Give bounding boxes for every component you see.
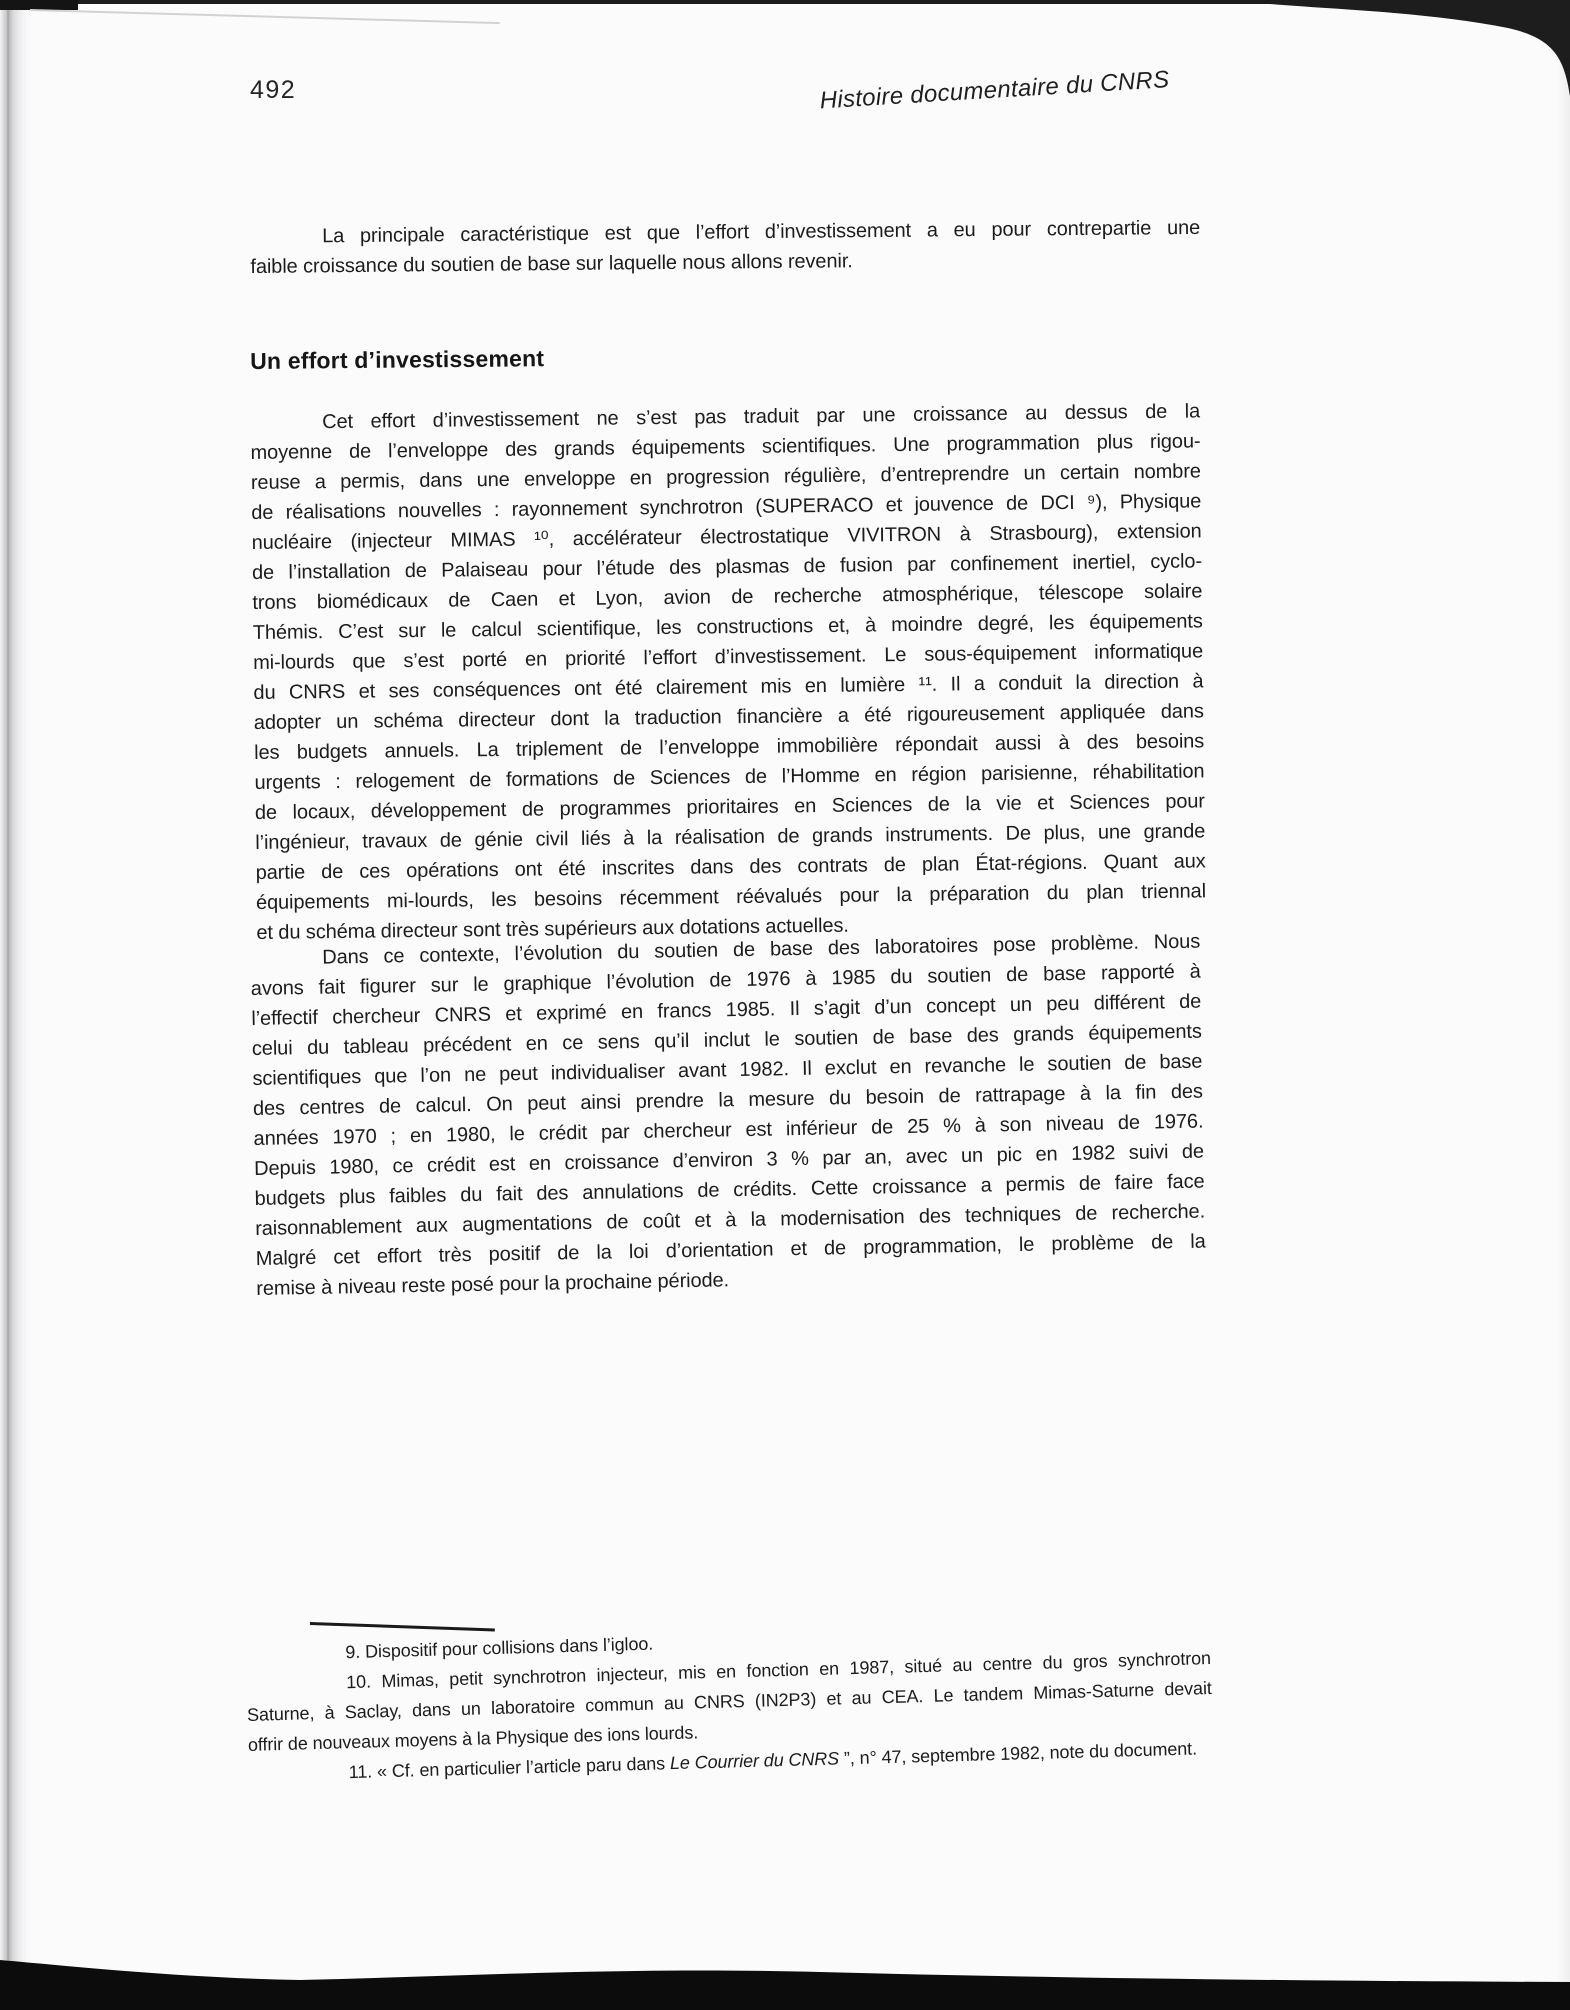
scan-edge-left-line — [7, 0, 9, 2010]
footnotes-block: 9. Dispositif pour collisions dans l’igl… — [245, 1613, 1214, 1790]
intro-paragraph: La principale caractéristique est que l’… — [250, 213, 1201, 282]
page-number: 492 — [250, 76, 296, 105]
scan-edge-right — [1556, 0, 1570, 2010]
investment-paragraph: Cet effort d’investissement ne s’est pas… — [250, 396, 1207, 948]
context-paragraph: Dans ce contexte, l’évolution du soutien… — [250, 927, 1206, 1304]
footnote-11-italic-title: Le Courrier du CNRS — [670, 1748, 840, 1773]
scan-page-edge-shadow — [30, 9, 500, 24]
footnote-11-prefix: 11. « Cf. en particulier l’article paru … — [348, 1753, 670, 1782]
footnote-11-suffix: ”, n° 47, septembre 1982, note du docume… — [839, 1738, 1197, 1768]
footnote-rule — [310, 1622, 495, 1631]
scan-shadow-bottom — [0, 1960, 1570, 2010]
scan-edge-top — [0, 0, 1340, 4]
scan-edge-left — [0, 0, 32, 2010]
scanned-page: 492 Histoire documentaire du CNRS La pri… — [0, 0, 1570, 2010]
scan-shadow-top-right — [1270, 0, 1570, 100]
section-heading: Un effort d’investissement — [250, 345, 544, 375]
running-head: Histoire documentaire du CNRS — [819, 66, 1170, 115]
